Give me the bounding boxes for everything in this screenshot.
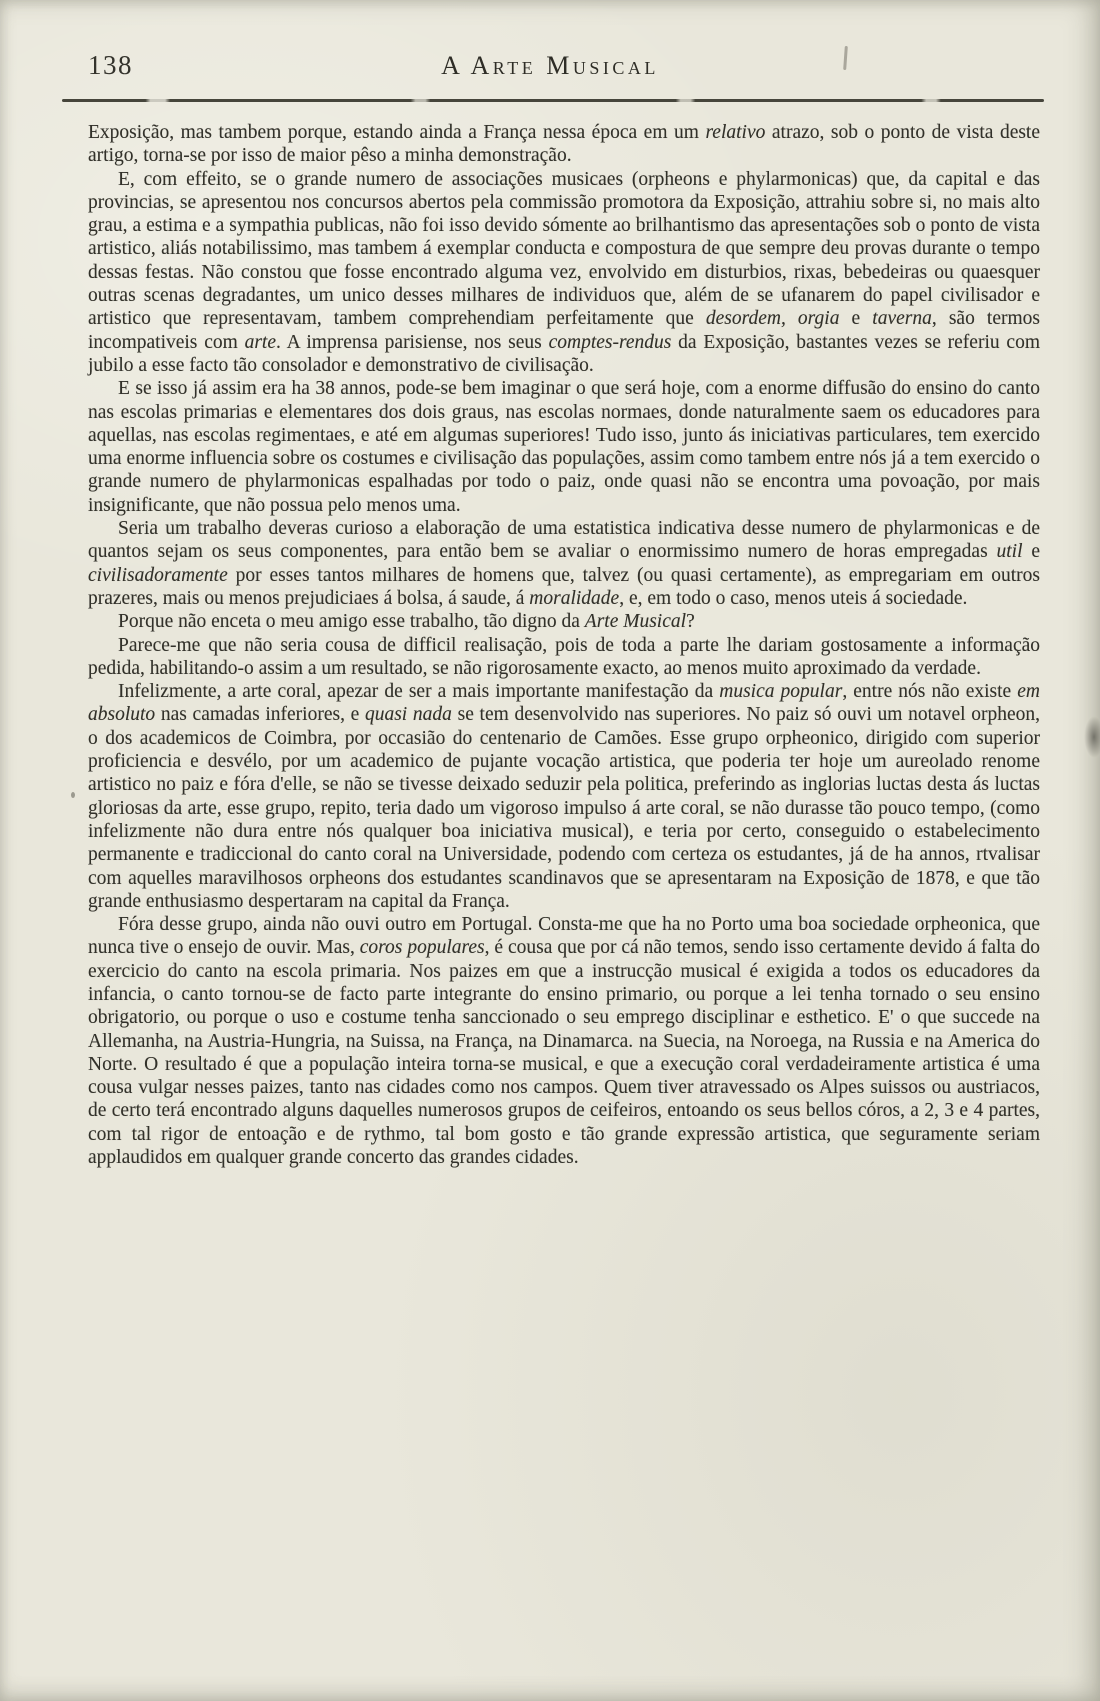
italic-text-run: moralidade bbox=[529, 588, 619, 609]
italic-text-run: desordem, orgia bbox=[706, 308, 840, 329]
margin-speck bbox=[71, 792, 75, 798]
italic-text-run: coros populares bbox=[360, 937, 485, 958]
text-run: Seria um trabalho deveras curioso a elab… bbox=[88, 518, 1040, 562]
text-run: , é cousa que por cá não temos, sendo is… bbox=[88, 937, 1040, 1168]
text-run: E, com effeito, se o grande numero de as… bbox=[88, 169, 1040, 330]
scan-edge-smudge bbox=[1084, 716, 1100, 758]
text-run: E se isso já assim era ha 38 annos, pode… bbox=[88, 378, 1040, 515]
italic-text-run: relativo bbox=[705, 122, 765, 143]
text-run: Infelizmente, a arte coral, apezar de se… bbox=[118, 681, 719, 702]
scanned-page: 138 A Arte Musical Exposição, mas tambem… bbox=[0, 0, 1100, 1701]
journal-title: A Arte Musical bbox=[0, 51, 1100, 81]
italic-text-run: quasi nada bbox=[365, 704, 452, 725]
text-run: ? bbox=[686, 611, 695, 632]
text-run: , e, em todo o caso, menos uteis á socie… bbox=[619, 588, 967, 609]
paragraph: Porque não enceta o meu amigo esse traba… bbox=[88, 610, 1040, 633]
paragraph: Parece-me que não seria cousa de diffici… bbox=[88, 634, 1040, 681]
paragraph: E se isso já assim era ha 38 annos, pode… bbox=[88, 377, 1040, 517]
italic-text-run: taverna bbox=[872, 308, 932, 329]
text-run: nas camadas inferiores, e bbox=[155, 704, 365, 725]
italic-text-run: util bbox=[997, 541, 1023, 562]
text-run: Exposição, mas tambem porque, estando ai… bbox=[88, 122, 705, 143]
paragraph: Seria um trabalho deveras curioso a elab… bbox=[88, 517, 1040, 610]
page-body: Exposição, mas tambem porque, estando ai… bbox=[88, 121, 1040, 1169]
text-run: . A imprensa parisiense, nos seus bbox=[276, 332, 549, 353]
italic-text-run: civilisadoramente bbox=[88, 565, 228, 586]
italic-text-run: arte bbox=[245, 332, 276, 353]
italic-text-run: musica popular bbox=[719, 681, 842, 702]
header-rule bbox=[62, 99, 1044, 102]
paragraph: Fóra desse grupo, ainda não ouvi outro e… bbox=[88, 913, 1040, 1169]
text-run: , entre nós não existe bbox=[842, 681, 1017, 702]
paragraph: Infelizmente, a arte coral, apezar de se… bbox=[88, 680, 1040, 913]
text-run: Parece-me que não seria cousa de diffici… bbox=[88, 635, 1040, 679]
text-run: Porque não enceta o meu amigo esse traba… bbox=[118, 611, 585, 632]
italic-text-run: comptes-rendus bbox=[549, 332, 672, 353]
text-run: e bbox=[839, 308, 872, 329]
italic-text-run: Arte Musical bbox=[585, 611, 686, 632]
paragraph: Exposição, mas tambem porque, estando ai… bbox=[88, 121, 1040, 168]
text-run: se tem desenvolvido nas superiores. No p… bbox=[88, 704, 1040, 911]
paragraph: E, com effeito, se o grande numero de as… bbox=[88, 168, 1040, 378]
text-run: e bbox=[1023, 541, 1040, 562]
